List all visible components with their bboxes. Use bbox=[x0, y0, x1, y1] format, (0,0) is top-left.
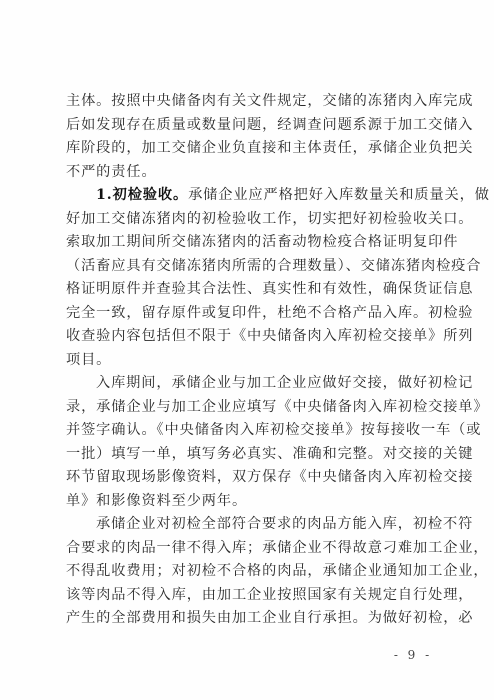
text-line: 不得乱收费用；对初检不合格的肉品，承储企业通知加工企业， bbox=[66, 560, 430, 584]
line-text: 录，承储企业与加工企业应填写《中央储备肉入库初检交接单》 bbox=[66, 399, 488, 415]
line-text: 库阶段的，加工交储企业负直接和主体责任，承储企业负把关 bbox=[66, 140, 473, 156]
line-text: 索取加工期间所交储冻猪肉的活畜动物检疫合格证明复印件 bbox=[66, 234, 458, 250]
line-text: 项目。 bbox=[66, 352, 111, 368]
line-text: 该等肉品不得入库，由加工企业按照国家有关规定自行处理， bbox=[66, 587, 473, 603]
line-text: 格证明原件并查验其合法性、真实性和有效性，确保货证信息 bbox=[66, 281, 473, 297]
text-line: 主体。按照中央储备肉有关文件规定，交储的冻猪肉入库完成 bbox=[66, 90, 430, 114]
line-text: 承储企业应严格把好入库数量关和质量关，做 bbox=[188, 187, 490, 203]
text-line: 完全一致，留存原件或复印件，杜绝不合格产品入库。初检验 bbox=[66, 302, 430, 326]
line-text: 承储企业对初检全部符合要求的肉品方能入库，初检不符 bbox=[96, 516, 473, 532]
text-line: 不严的责任。 bbox=[66, 161, 430, 185]
line-text: 并签字确认。《中央储备肉入库初检交接单》按每接收一车（或 bbox=[66, 422, 481, 438]
text-line: 并签字确认。《中央储备肉入库初检交接单》按每接收一车（或 bbox=[66, 419, 430, 443]
text-line: 好加工交储冻猪肉的初检验收工作，切实把好初检验收关口。 bbox=[66, 208, 430, 232]
line-text: 不严的责任。 bbox=[66, 164, 157, 180]
text-line: 产生的全部费用和损失由加工企业自行承担。为做好初检，必 bbox=[66, 607, 430, 631]
text-line: 环节留取现场影像资料，双方保存《中央储备肉入库初检交接 bbox=[66, 466, 430, 490]
line-text: （活畜应具有交储冻猪肉所需的合理数量）、交储冻猪肉检疫合 bbox=[66, 258, 481, 274]
line-text: 好加工交储冻猪肉的初检验收工作，切实把好初检验收关口。 bbox=[66, 211, 473, 227]
line-text: 入库期间，承储企业与加工企业应做好交接，做好初检记 bbox=[96, 375, 473, 391]
line-text: 合要求的肉品一律不得入库；承储企业不得故意刁难加工企业， bbox=[66, 540, 488, 556]
line-text: 主体。按照中央储备肉有关文件规定，交储的冻猪肉入库完成 bbox=[66, 93, 473, 109]
line-text: 后如发现存在质量或数量问题，经调查问题系源于加工交储入 bbox=[66, 117, 473, 133]
text-line: 单》和影像资料至少两年。 bbox=[66, 490, 430, 514]
text-line: 录，承储企业与加工企业应填写《中央储备肉入库初检交接单》 bbox=[66, 396, 430, 420]
text-line: 一批）填写一单，填写务必真实、准确和完整。对交接的关键 bbox=[66, 443, 430, 467]
text-line: 格证明原件并查验其合法性、真实性和有效性，确保货证信息 bbox=[66, 278, 430, 302]
text-line: 该等肉品不得入库，由加工企业按照国家有关规定自行处理， bbox=[66, 584, 430, 608]
line-text: 单》和影像资料至少两年。 bbox=[66, 493, 247, 509]
text-line: 收查验内容包括但不限于《中央储备肉入库初检交接单》所列 bbox=[66, 325, 430, 349]
text-line: 1.初检验收。承储企业应严格把好入库数量关和质量关，做 bbox=[66, 184, 430, 208]
text-line: 合要求的肉品一律不得入库；承储企业不得故意刁难加工企业， bbox=[66, 537, 430, 561]
text-line: （活畜应具有交储冻猪肉所需的合理数量）、交储冻猪肉检疫合 bbox=[66, 255, 430, 279]
page-number: - 9 - bbox=[390, 648, 436, 662]
section-heading: 1.初检验收。 bbox=[96, 187, 188, 203]
line-text: 收查验内容包括但不限于《中央储备肉入库初检交接单》所列 bbox=[66, 328, 473, 344]
text-line: 后如发现存在质量或数量问题，经调查问题系源于加工交储入 bbox=[66, 114, 430, 138]
line-text: 完全一致，留存原件或复印件，杜绝不合格产品入库。初检验 bbox=[66, 305, 473, 321]
line-text: 环节留取现场影像资料，双方保存《中央储备肉入库初检交接 bbox=[66, 469, 473, 485]
text-line: 项目。 bbox=[66, 349, 430, 373]
line-text: 不得乱收费用；对初检不合格的肉品，承储企业通知加工企业， bbox=[66, 563, 488, 579]
text-line: 库阶段的，加工交储企业负直接和主体责任，承储企业负把关 bbox=[66, 137, 430, 161]
body-text: 主体。按照中央储备肉有关文件规定，交储的冻猪肉入库完成后如发现存在质量或数量问题… bbox=[66, 90, 430, 631]
line-text: 一批）填写一单，填写务必真实、准确和完整。对交接的关键 bbox=[66, 446, 473, 462]
text-line: 索取加工期间所交储冻猪肉的活畜动物检疫合格证明复印件 bbox=[66, 231, 430, 255]
text-line: 入库期间，承储企业与加工企业应做好交接，做好初检记 bbox=[66, 372, 430, 396]
document-page: 主体。按照中央储备肉有关文件规定，交储的冻猪肉入库完成后如发现存在质量或数量问题… bbox=[0, 0, 494, 700]
line-text: 产生的全部费用和损失由加工企业自行承担。为做好初检，必 bbox=[66, 610, 473, 626]
text-line: 承储企业对初检全部符合要求的肉品方能入库，初检不符 bbox=[66, 513, 430, 537]
